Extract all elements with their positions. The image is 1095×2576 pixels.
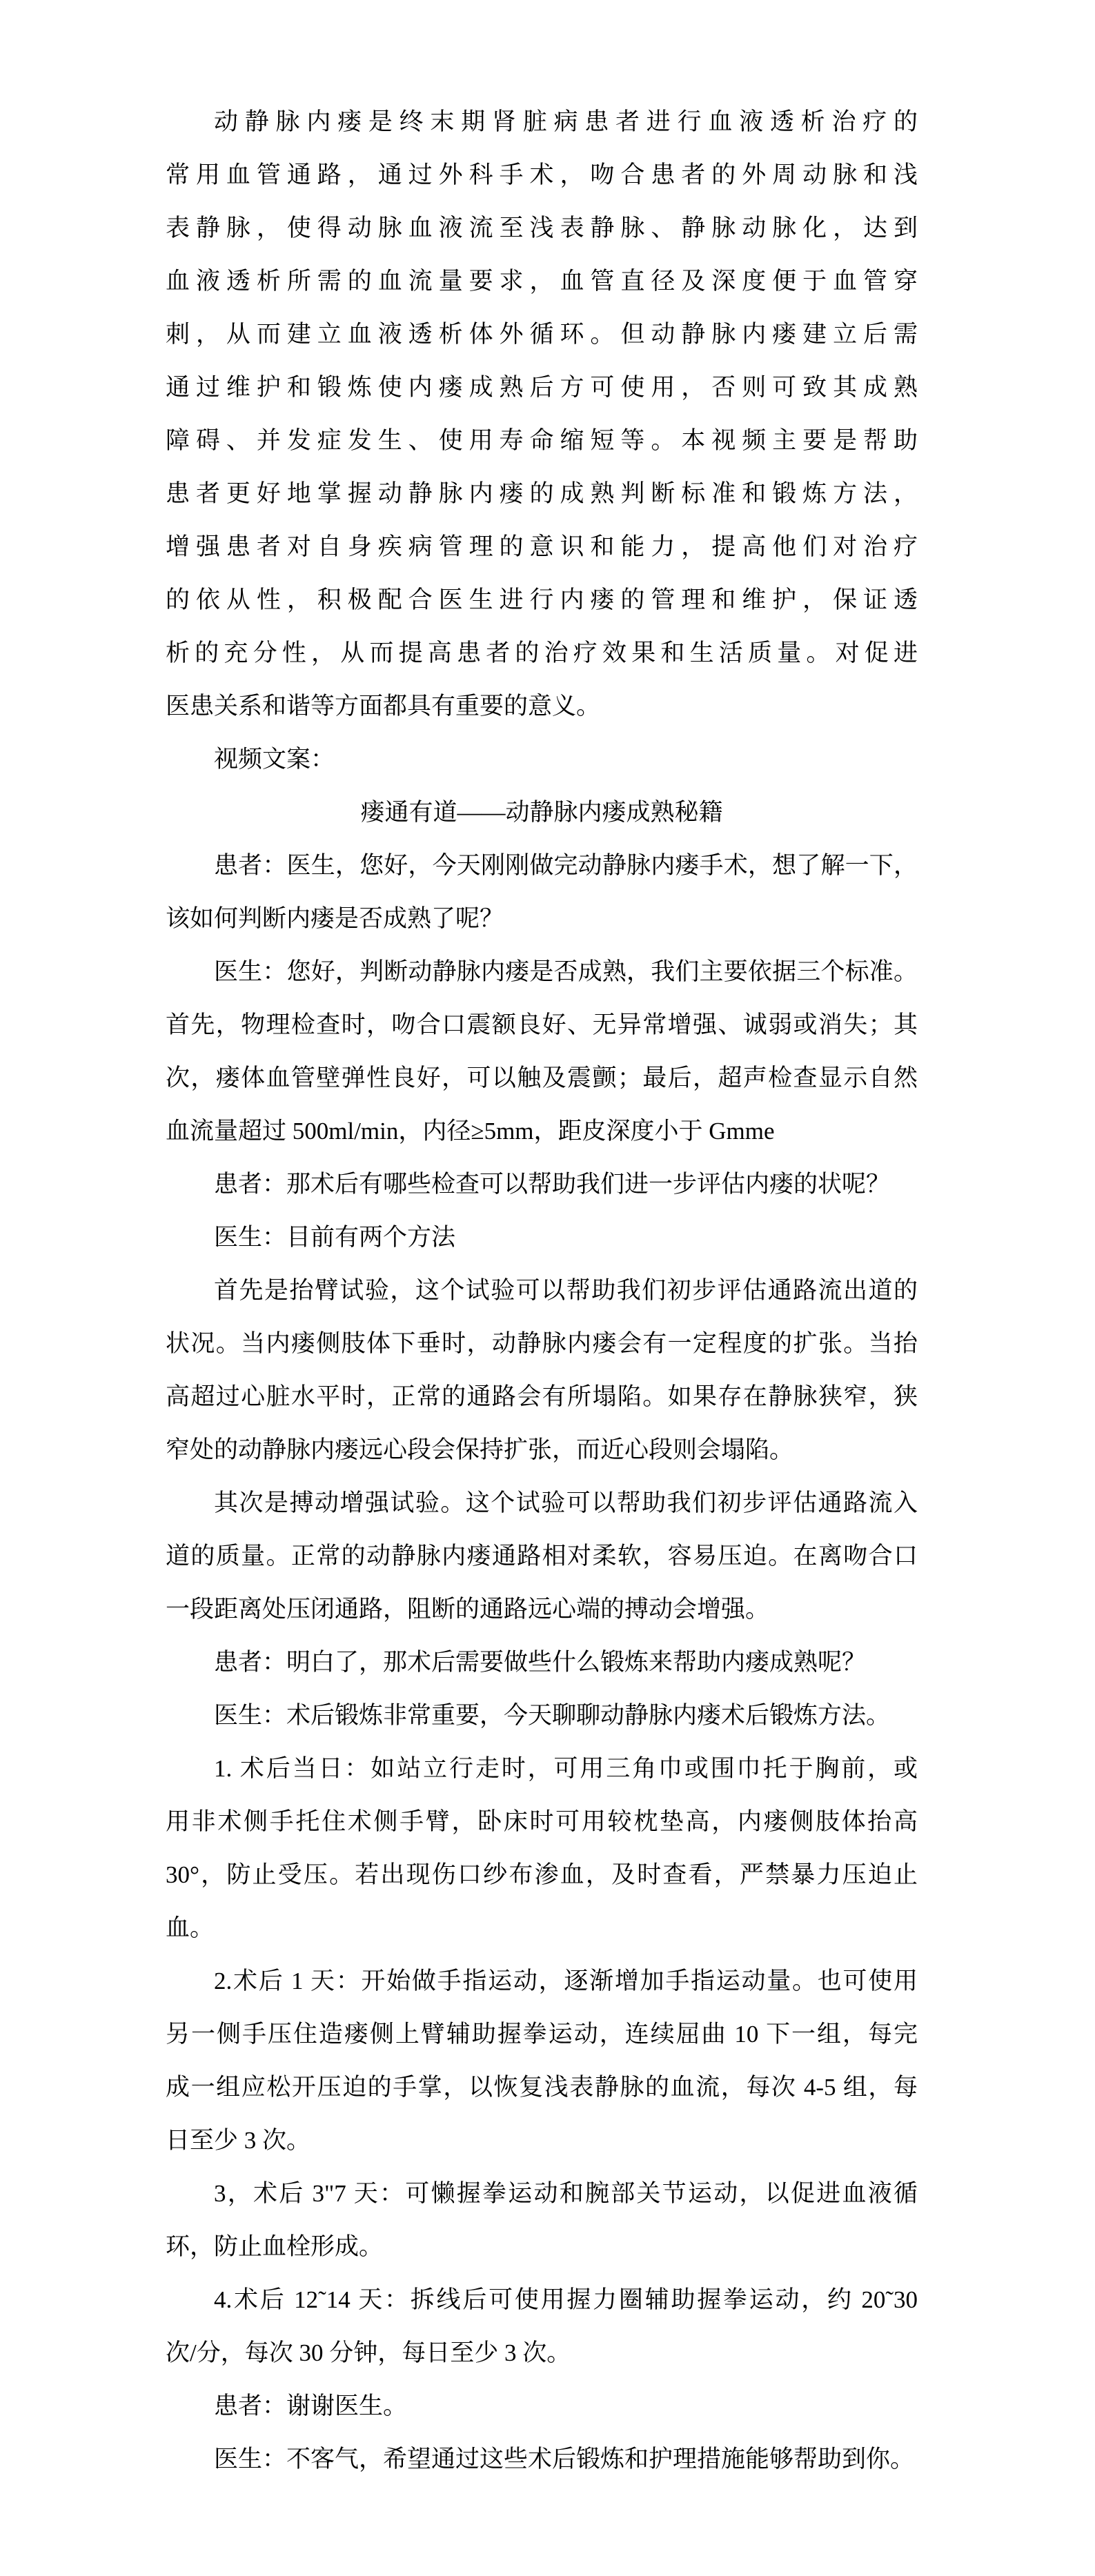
paragraph-doctor-dialog: 首先是抬臂试验，这个试验可以帮助我们初步评估通路流出道的状况。当内瘘侧肢体下垂时… [166, 1264, 918, 1476]
text-line: 析的充分性，从而提高患者的治疗效果和生活质量。对促进 [166, 626, 918, 680]
text-line: 医患关系和谐等方面都具有重要的意义。 [166, 680, 918, 733]
text-line: 表静脉，使得动脉血液流至浅表静脉、静脉动脉化，达到 [166, 201, 918, 255]
paragraph-patient-dialog: 患者：明白了，那术后需要做些什么锻炼来帮助内瘘成熟呢？ [166, 1636, 918, 1689]
paragraph-doctor-dialog: 其次是搏动增强试验。这个试验可以帮助我们初步评估通路流入道的质量。正常的动静脉内… [166, 1476, 918, 1636]
document-body: 动静脉内瘘是终末期肾脏病患者进行血液透析治疗的常用血管通路，通过外科手术，吻合患… [166, 95, 918, 2486]
text-line: 1. 术后当日：如站立行走时，可用三角巾或围巾托于胸前，或 [166, 1742, 918, 1795]
text-line: 4.术后 12˜14 天：拆线后可使用握力圈辅助握拳运动，约 20˜30 [166, 2273, 918, 2326]
text-line: 其次是搏动增强试验。这个试验可以帮助我们初步评估通路流入 [166, 1476, 918, 1529]
paragraph-intro-paragraph: 动静脉内瘘是终末期肾脏病患者进行血液透析治疗的常用血管通路，通过外科手术，吻合患… [166, 95, 918, 733]
text-line: 患者：那术后有哪些检查可以帮助我们进一步评估内瘘的状呢？ [166, 1158, 918, 1211]
text-line: 道的质量。正常的动静脉内瘘通路相对柔软，容易压迫。在离吻合口 [166, 1529, 918, 1583]
text-line: 血流量超过 500ml/min，内径≥5mm，距皮深度小于 Gmme [166, 1104, 918, 1158]
paragraph-doctor-dialog: 医生：术后锻炼非常重要，今天聊聊动静脉内瘘术后锻炼方法。 [166, 1689, 918, 1742]
text-line: 通过维护和锻炼使内瘘成熟后方可使用，否则可致其成熟 [166, 361, 918, 414]
paragraph-exercise-step-1: 1. 术后当日：如站立行走时，可用三角巾或围巾托于胸前，或用非术侧手托住术侧手臂… [166, 1742, 918, 1954]
text-line: 首先是抬臂试验，这个试验可以帮助我们初步评估通路流出道的 [166, 1264, 918, 1317]
paragraph-doctor-dialog: 医生：不客气，希望通过这些术后锻炼和护理措施能够帮助到你。 [166, 2433, 918, 2486]
text-line: 该如何判断内瘘是否成熟了呢？ [166, 892, 918, 945]
text-line: 视频文案： [166, 733, 918, 786]
text-line: 一段距离处压闭通路，阻断的通路远心端的搏动会增强。 [166, 1583, 918, 1636]
text-line: 患者：明白了，那术后需要做些什么锻炼来帮助内瘘成熟呢？ [166, 1636, 918, 1689]
paragraph-exercise-step-3: 3，术后 3"7 天：可懒握拳运动和腕部关节运动，以促进血液循环，防止血栓形成。 [166, 2167, 918, 2273]
text-line: 障碍、并发症发生、使用寿命缩短等。本视频主要是帮助 [166, 414, 918, 467]
text-line: 状况。当内瘘侧肢体下垂时，动静脉内瘘会有一定程度的扩张。当抬 [166, 1317, 918, 1370]
text-line: 环，防止血栓形成。 [166, 2220, 918, 2273]
text-line: 日至少 3 次。 [166, 2114, 918, 2167]
text-line: 血液透析所需的血流量要求，血管直径及深度便于血管穿 [166, 255, 918, 308]
text-line: 常用血管通路，通过外科手术，吻合患者的外周动脉和浅 [166, 148, 918, 201]
paragraph-patient-dialog: 患者：医生，您好，今天刚刚做完动静脉内瘘手术，想了解一下，该如何判断内瘘是否成熟… [166, 839, 918, 945]
text-line: 次/分，每次 30 分钟，每日至少 3 次。 [166, 2326, 918, 2379]
text-line: 医生：术后锻炼非常重要，今天聊聊动静脉内瘘术后锻炼方法。 [166, 1689, 918, 1742]
text-line: 另一侧手压住造瘘侧上臂辅助握拳运动，连续屈曲 10 下一组，每完 [166, 2008, 918, 2061]
text-line: 医生：不客气，希望通过这些术后锻炼和护理措施能够帮助到你。 [166, 2433, 918, 2486]
text-line: 患者：医生，您好，今天刚刚做完动静脉内瘘手术，想了解一下， [166, 839, 918, 892]
text-line: 2.术后 1 天：开始做手指运动，逐渐增加手指运动量。也可使用 [166, 1954, 918, 2008]
paragraph-patient-dialog: 患者：谢谢医生。 [166, 2379, 918, 2433]
paragraph-exercise-step-2: 2.术后 1 天：开始做手指运动，逐渐增加手指运动量。也可使用另一侧手压住造瘘侧… [166, 1954, 918, 2167]
paragraph-patient-dialog: 患者：那术后有哪些检查可以帮助我们进一步评估内瘘的状呢？ [166, 1158, 918, 1211]
text-line: 首先，物理检查时，吻合口震额良好、无异常增强、诚弱或消失；其 [166, 998, 918, 1051]
paragraph-doctor-dialog: 医生：您好，判断动静脉内瘘是否成熟，我们主要依据三个标准。首先，物理检查时，吻合… [166, 945, 918, 1158]
document-page: 动静脉内瘘是终末期肾脏病患者进行血液透析治疗的常用血管通路，通过外科手术，吻合患… [0, 0, 1095, 2576]
paragraph-script-label: 视频文案： [166, 733, 918, 786]
paragraph-exercise-step-4: 4.术后 12˜14 天：拆线后可使用握力圈辅助握拳运动，约 20˜30次/分，… [166, 2273, 918, 2379]
text-line: 医生：目前有两个方法 [166, 1211, 918, 1264]
text-line: 医生：您好，判断动静脉内瘘是否成熟，我们主要依据三个标准。 [166, 945, 918, 998]
text-line: 增强患者对自身疾病管理的意识和能力，提高他们对治疗 [166, 520, 918, 573]
text-line: 刺，从而建立血液透析体外循环。但动静脉内瘘建立后需 [166, 308, 918, 361]
paragraph-doctor-dialog: 医生：目前有两个方法 [166, 1211, 918, 1264]
text-line: 成一组应松开压迫的手掌，以恢复浅表静脉的血流，每次 4-5 组，每 [166, 2061, 918, 2114]
text-line: 患者更好地掌握动静脉内瘘的成熟判断标准和锻炼方法， [166, 467, 918, 520]
text-line: 次，瘘体血管壁弹性良好，可以触及震颤；最后，超声检查显示自然 [166, 1051, 918, 1104]
text-line: 的依从性，积极配合医生进行内瘘的管理和维护，保证透 [166, 573, 918, 626]
text-line: 窄处的动静脉内瘘远心段会保持扩张，而近心段则会塌陷。 [166, 1423, 918, 1476]
text-line: 用非术侧手托住术侧手臂，卧床时可用较枕垫高，内瘘侧肢体抬高 [166, 1795, 918, 1848]
text-line: 瘘通有道——动静脉内瘘成熟秘籍 [166, 786, 918, 839]
text-line: 30°，防止受压。若出现伤口纱布渗血，及时查看，严禁暴力压迫止 [166, 1848, 918, 1901]
text-line: 3，术后 3"7 天：可懒握拳运动和腕部关节运动，以促进血液循 [166, 2167, 918, 2220]
text-line: 高超过心脏水平时，正常的通路会有所塌陷。如果存在静脉狭窄，狭 [166, 1370, 918, 1423]
text-line: 患者：谢谢医生。 [166, 2379, 918, 2433]
text-line: 动静脉内瘘是终末期肾脏病患者进行血液透析治疗的 [166, 95, 918, 148]
text-line: 血。 [166, 1901, 918, 1954]
paragraph-video-title: 瘘通有道——动静脉内瘘成熟秘籍 [166, 786, 918, 839]
